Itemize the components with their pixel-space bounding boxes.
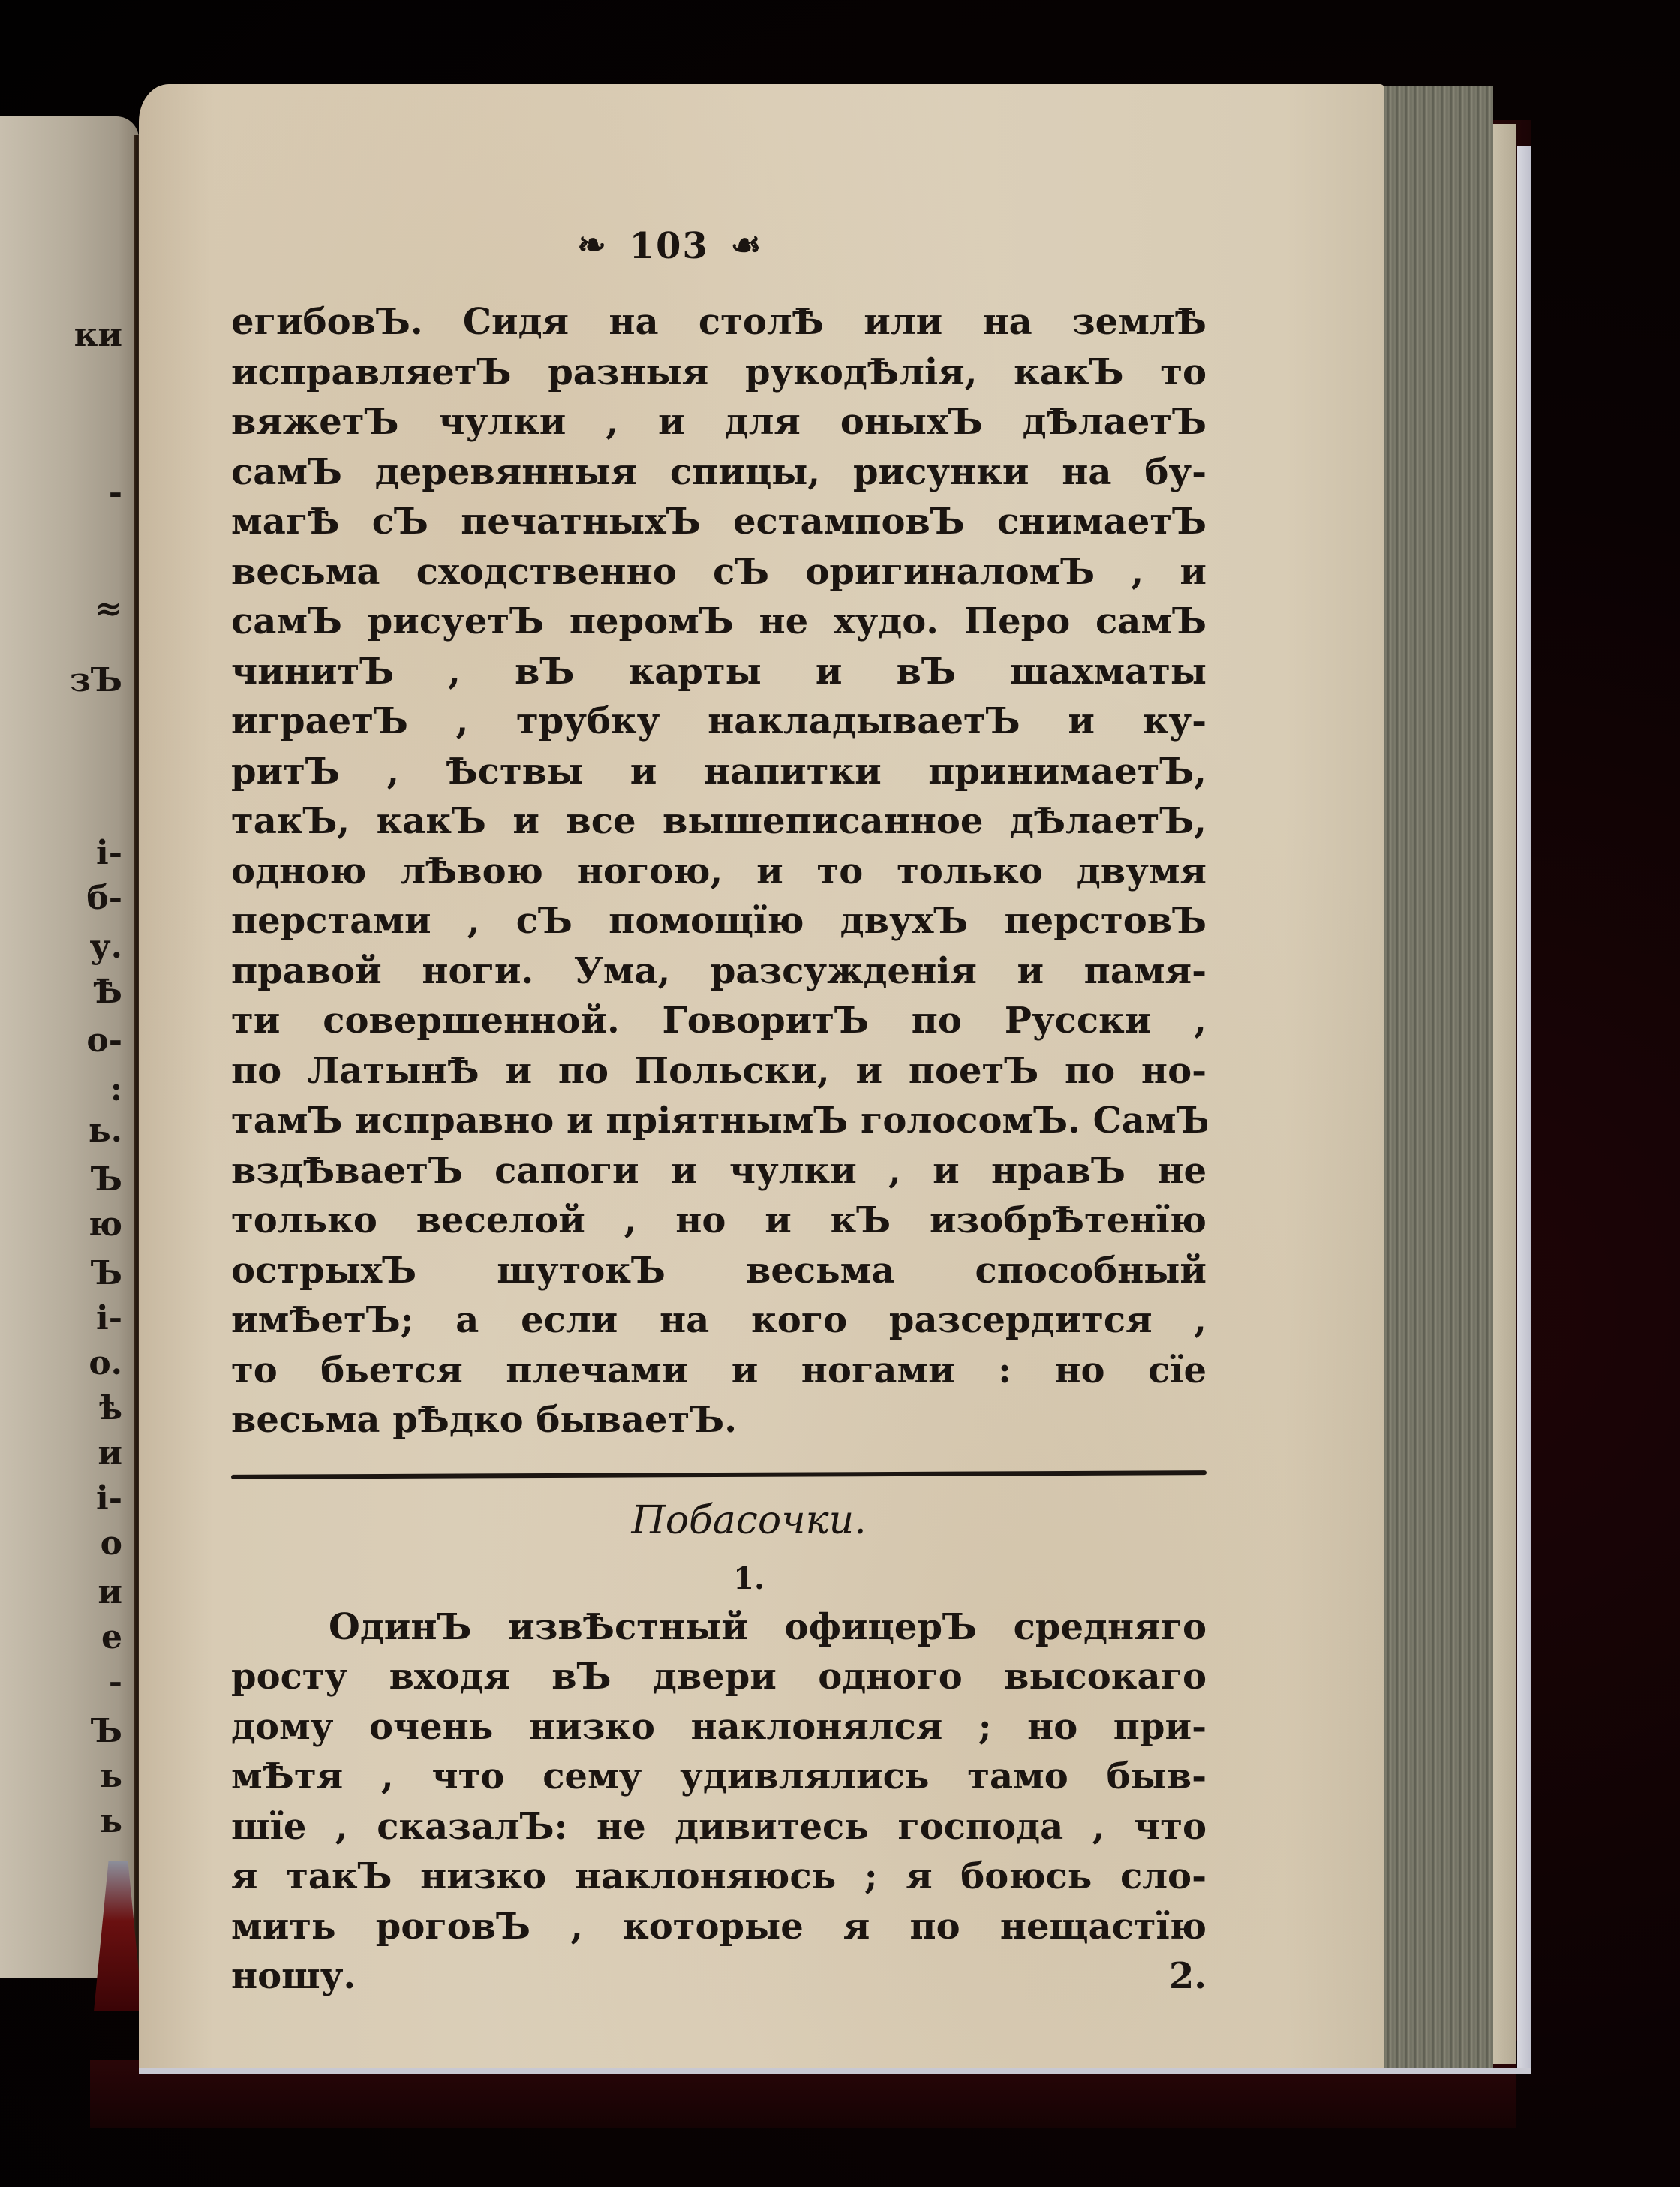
text-line: весьма сходственно сЪ оригиналомЪ , и bbox=[231, 547, 1207, 597]
left-page-glyph: Ъ bbox=[91, 1257, 122, 1290]
left-page-glyph: ь. bbox=[89, 1115, 122, 1148]
page-stack-edge bbox=[1366, 86, 1493, 2068]
page-stack-highlight bbox=[1517, 146, 1531, 2068]
section-title: Побасочки. bbox=[231, 1498, 1207, 1551]
page-content: ❧ 103 ☙ егибовЪ. Сидя на столѢ или на зе… bbox=[231, 225, 1207, 2001]
text-line: вяжетЪ чулки , и для оныхЪ дѢлаетЪ bbox=[231, 397, 1207, 447]
text-line: ти совершенной. ГоворитЪ по Русски , bbox=[231, 996, 1207, 1046]
page-stack-outer bbox=[1493, 124, 1516, 2064]
text-line: имѢетЪ; а если на кого разсердится , bbox=[231, 1295, 1207, 1346]
text-line: мѢтя , что сему удивлялись тамо быв- bbox=[231, 1752, 1207, 1803]
page-header: ❧ 103 ☙ bbox=[231, 225, 1207, 278]
anecdote-number: 1. bbox=[231, 1561, 1207, 1603]
left-page-glyph: и bbox=[98, 1437, 122, 1470]
left-page-glyph: ю bbox=[89, 1208, 122, 1241]
text-line: магѢ сЪ печатныхЪ естамповЪ снимаетЪ bbox=[231, 497, 1207, 547]
left-page-glyph: і- bbox=[96, 1302, 122, 1335]
text-line: самЪ деревянныя спицы, рисунки на бу- bbox=[231, 447, 1207, 498]
text-line: правой ноги. Ума, разсужденія и памя- bbox=[231, 946, 1207, 997]
text-line: я такЪ низко наклоняюсь ; я боюсь сло- bbox=[231, 1852, 1207, 1903]
left-page: ки-≈зЪі-б-у.Ѣо-:ь.ЪюЪі-о.ѣиі-оие-Ъьь bbox=[0, 116, 139, 1978]
left-page-glyph: о- bbox=[86, 1024, 122, 1057]
text-line: одною лѢвою ногою, и то только двумя bbox=[231, 847, 1207, 897]
text-line: шїе , сказалЪ: не дивитесь господа , что bbox=[231, 1803, 1207, 1853]
text-line: острыхЪ шутокЪ весьма способный bbox=[231, 1246, 1207, 1296]
left-page-glyph: і- bbox=[96, 1482, 122, 1515]
text-line: весьма рѢдко бываетЪ. bbox=[231, 1395, 1207, 1445]
left-page-glyph: о bbox=[101, 1527, 122, 1560]
anecdote-paragraph: ОдинЪ извѢстный офицерЪ средняго росту в… bbox=[231, 1603, 1207, 2002]
left-page-glyph: Ъ bbox=[91, 1163, 122, 1196]
text-line: по ЛатынѢ и по Польски, и поетЪ по но- bbox=[231, 1046, 1207, 1097]
left-page-glyph: б- bbox=[86, 882, 122, 915]
text-line: росту входя вЪ двери одного высокаго bbox=[231, 1653, 1207, 1703]
left-page-glyph: о. bbox=[89, 1347, 122, 1380]
text-line: перстами , сЪ помощїю двухЪ перстовЪ bbox=[231, 896, 1207, 946]
text-line: чинитЪ , вЪ карты и вЪ шахматы bbox=[231, 647, 1207, 697]
text-line: такЪ, какЪ и все вышеписанное дѢлаетЪ, bbox=[231, 796, 1207, 847]
left-page-glyph: ки bbox=[74, 319, 122, 352]
text-line: ритЪ , Ѣствы и напитки принимаетЪ, bbox=[231, 747, 1207, 797]
left-page-glyph: Ѣ bbox=[93, 976, 122, 1009]
text-line: ношу. bbox=[231, 1952, 356, 2001]
left-page-glyph: у. bbox=[90, 931, 122, 964]
left-page-glyph: : bbox=[110, 1073, 122, 1106]
left-page-glyph: Ъ bbox=[91, 1715, 122, 1748]
text-line: егибовЪ. Сидя на столѢ или на землѢ bbox=[231, 297, 1207, 347]
left-page-glyph: ≈ bbox=[95, 593, 122, 626]
text-line: тамЪ исправно и пріятнымЪ голосомЪ. СамЪ bbox=[231, 1096, 1207, 1146]
left-page-glyph: ь bbox=[100, 1805, 122, 1838]
catchword: 2. bbox=[1169, 1952, 1207, 2001]
left-page-glyph: ь bbox=[100, 1760, 122, 1793]
left-page-glyph: ѣ bbox=[99, 1392, 122, 1425]
page-number: 103 bbox=[630, 225, 709, 267]
text-line: вздѢваетЪ сапоги и чулки , и нравЪ не bbox=[231, 1146, 1207, 1196]
left-page-glyph: - bbox=[109, 1666, 122, 1699]
page-bottom-edge bbox=[139, 2068, 1531, 2074]
ornament-left-icon: ❧ bbox=[577, 224, 608, 265]
text-line: ОдинЪ извѢстный офицерЪ средняго bbox=[231, 1603, 1207, 1653]
left-page-glyph: е bbox=[101, 1621, 122, 1654]
text-line: играетЪ , трубку накладываетЪ и ку- bbox=[231, 696, 1207, 747]
text-line: самЪ рисуетЪ перомЪ не худо. Перо самЪ bbox=[231, 597, 1207, 647]
text-line: исправляетЪ разныя рукодѢлія, какЪ то bbox=[231, 347, 1207, 398]
text-line: то бьется плечами и ногами : но сїе bbox=[231, 1346, 1207, 1396]
left-page-glyph: и bbox=[98, 1576, 122, 1609]
text-line: дому очень низко наклонялся ; но при- bbox=[231, 1703, 1207, 1753]
final-line-row: ношу. 2. bbox=[231, 1952, 1207, 2001]
body-paragraph: егибовЪ. Сидя на столѢ или на землѢ испр… bbox=[231, 297, 1207, 1445]
left-page-glyph: зЪ bbox=[70, 664, 122, 697]
left-page-glyph: і- bbox=[96, 837, 122, 870]
left-page-glyph: - bbox=[109, 477, 122, 510]
section-divider bbox=[231, 1470, 1207, 1479]
ornament-right-icon: ☙ bbox=[730, 224, 762, 265]
text-line: только веселой , но и кЪ изобрѢтенїю bbox=[231, 1196, 1207, 1246]
text-line: мить роговЪ , которые я по нещастїю bbox=[231, 1903, 1207, 1953]
